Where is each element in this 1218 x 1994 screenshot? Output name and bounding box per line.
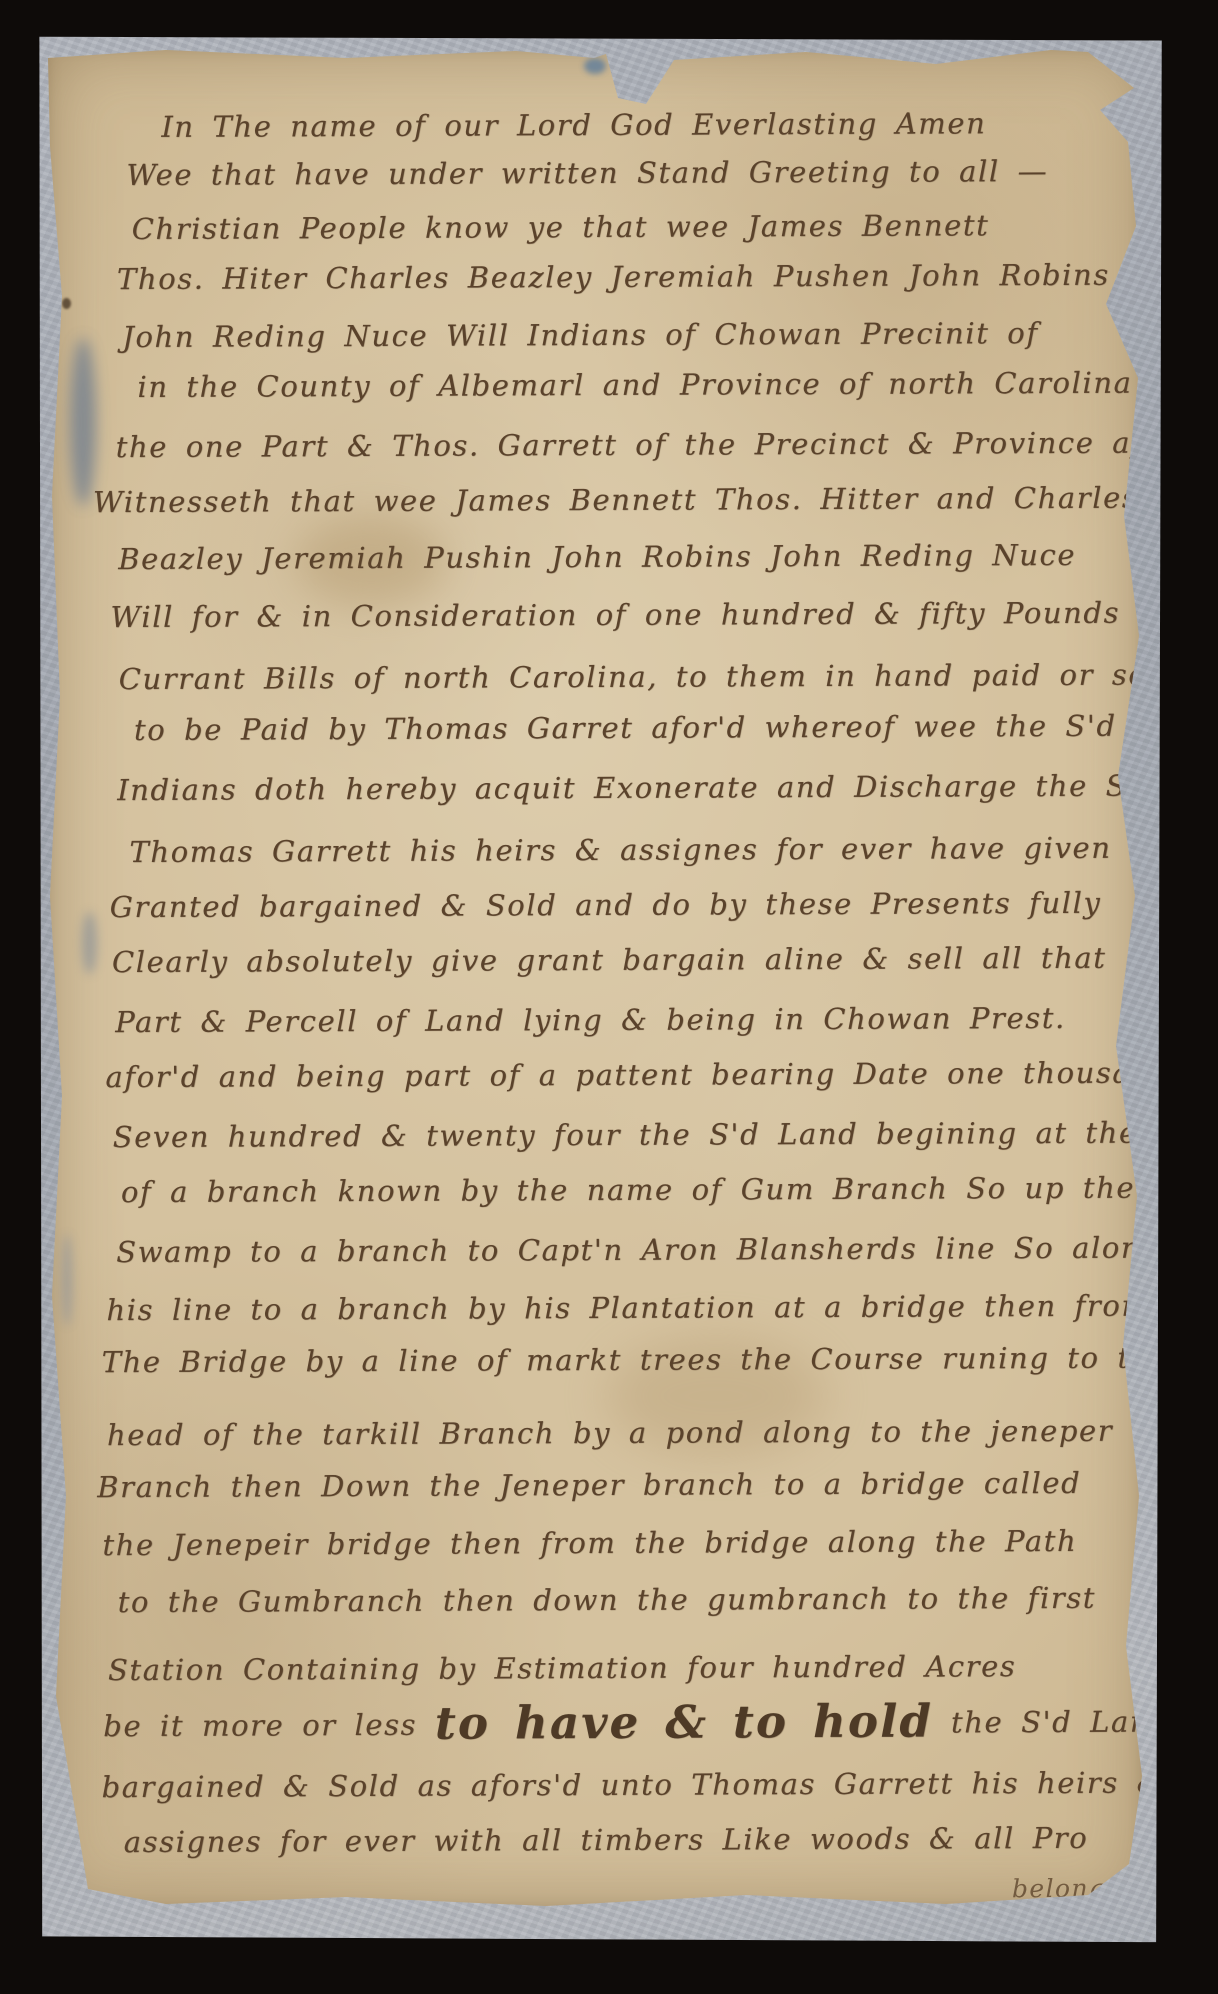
manuscript-line: to the Gumbranch then down the gumbranch… <box>118 1583 1096 1619</box>
manuscript-line: In The name of our Lord God Everlasting … <box>161 108 986 143</box>
manuscript-line: Swamp to a branch to Capt'n Aron Blanshe… <box>116 1233 1161 1269</box>
manuscript-line: Seven hundred & twenty four the S'd Land… <box>113 1117 1218 1154</box>
manuscript-line: the one Part & Thos. Garrett of the Prec… <box>116 427 1208 464</box>
manuscript-line: in the County of Albemarl and Province o… <box>137 367 1181 403</box>
manuscript-line: Clearly absolutely give grant bargain al… <box>112 943 1107 979</box>
manuscript-line: The Bridge by a line of markt trees the … <box>102 1342 1170 1379</box>
manuscript-line: the Jenepeir bridge then from the bridge… <box>102 1526 1077 1562</box>
manuscript-line: afor'd and being part of a pattent beari… <box>105 1057 1171 1094</box>
manuscript-line: John Reding Nuce Will Indians of Chowan … <box>122 318 1039 354</box>
manuscript-page: In The name of our Lord God Everlasting … <box>46 46 1144 1910</box>
manuscript-text: In The name of our Lord God Everlasting … <box>42 44 1148 1913</box>
manuscript-line: head of the tarkill Branch by a pond alo… <box>107 1416 1113 1452</box>
line-segment: be it more or less <box>103 1708 435 1743</box>
manuscript-line: Wee that have under written Stand Greeti… <box>126 156 1048 192</box>
manuscript-line: Part & Percell of Land lying & being in … <box>115 1003 1066 1039</box>
manuscript-line: be it more or less to have & to hold the… <box>103 1695 1170 1749</box>
manuscript-line: to be Paid by Thomas Garret afor'd where… <box>134 711 1117 747</box>
habendum-emphasis: to have & to hold <box>435 1695 933 1750</box>
manuscript-line: Witnesseth that wee James Bennett Thos. … <box>93 483 1139 519</box>
manuscript-line: Station Containing by Estimation four hu… <box>108 1651 1016 1687</box>
manuscript-line: Granted bargained & Sold and do by these… <box>110 888 1102 924</box>
manuscript-line: Thos. Hiter Charles Beazley Jeremiah Pus… <box>117 260 1110 296</box>
manuscript-line: his line to a branch by his Plantation a… <box>106 1291 1150 1327</box>
manuscript-line: assignes for ever with all timbers Like … <box>124 1823 1089 1859</box>
manuscript-line: Branch then Down the Jeneper branch to a… <box>97 1468 1081 1504</box>
manuscript-line: Will for & in Consideration of one hundr… <box>110 598 1120 634</box>
manuscript-line: Beazley Jeremiah Pushin John Robins John… <box>118 540 1076 576</box>
manuscript-line: Indians doth hereby acquit Exonerate and… <box>117 771 1157 807</box>
manuscript-line: Thomas Garrett his heirs & assignes for … <box>129 833 1111 869</box>
manuscript-line: Currant Bills of north Carolina, to them… <box>119 659 1218 696</box>
manuscript-line: bargained & Sold as afors'd unto Thomas … <box>101 1768 1164 1805</box>
manuscript-line: Christian People know ye that wee James … <box>132 210 990 246</box>
photo-backdrop: In The name of our Lord God Everlasting … <box>0 0 1218 1994</box>
manuscript-line: of a branch known by the name of Gum Bra… <box>121 1172 1184 1209</box>
